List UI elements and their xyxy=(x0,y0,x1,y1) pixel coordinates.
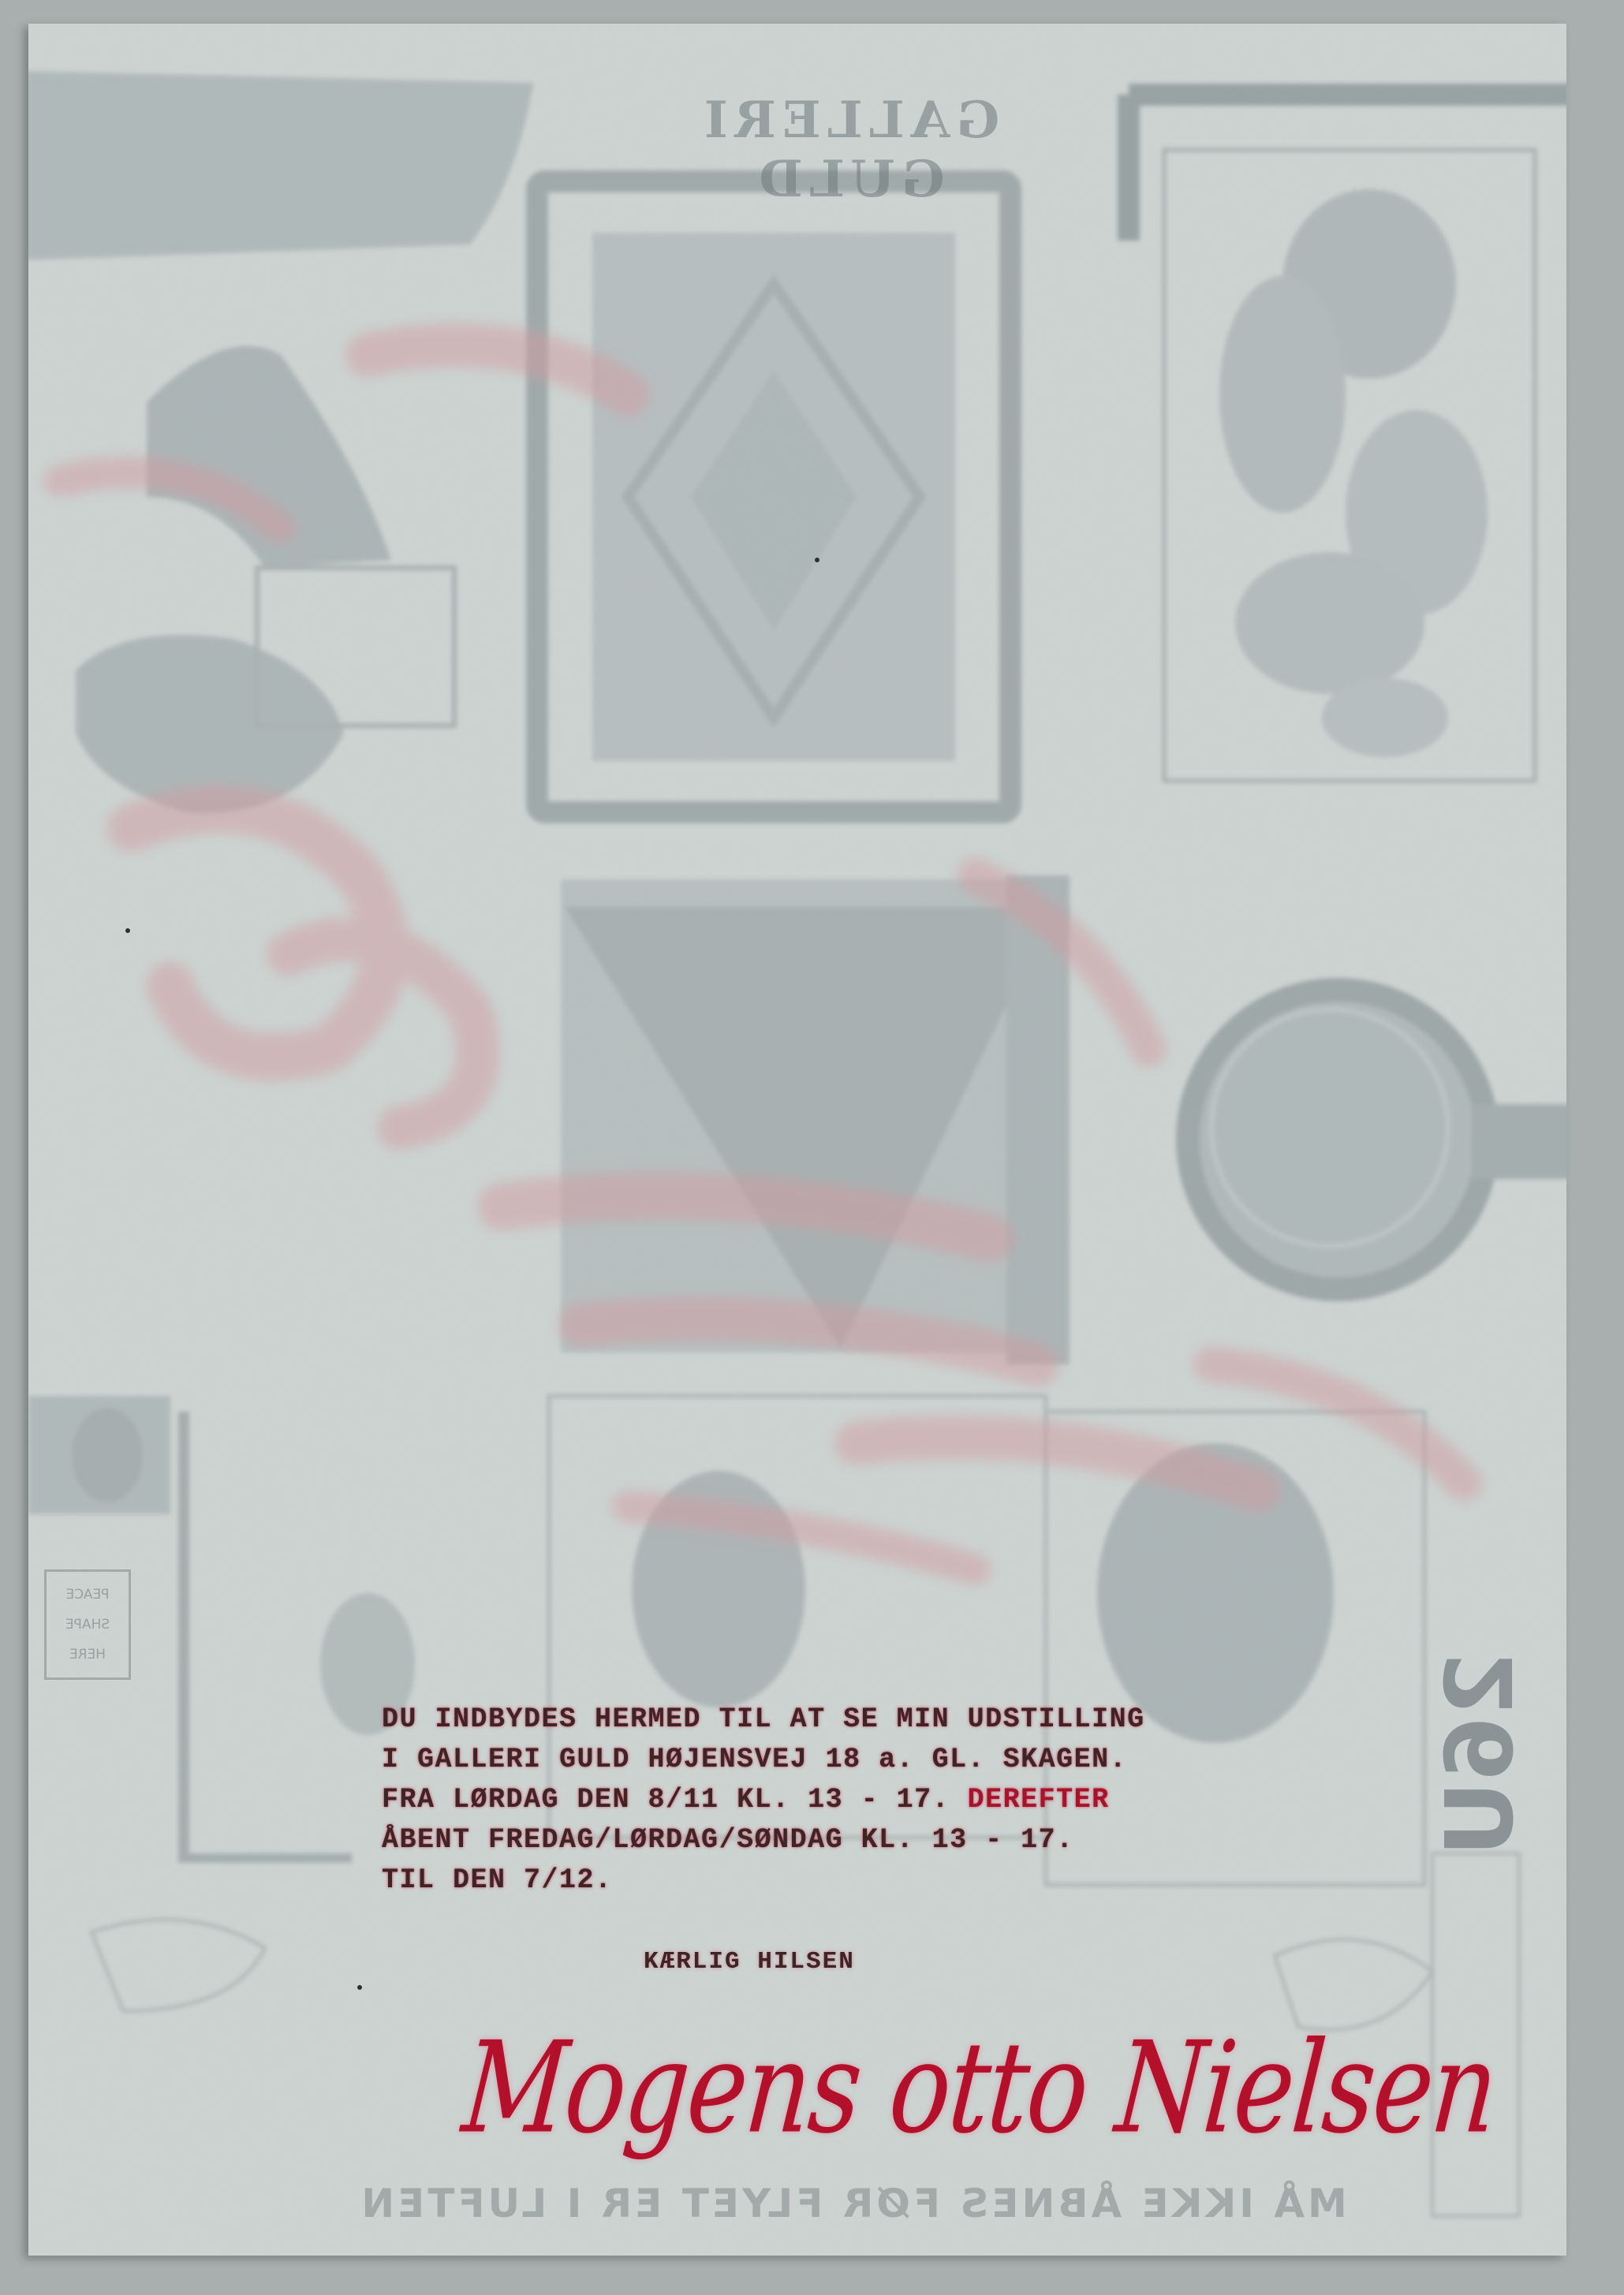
sign-line: PEACE xyxy=(47,1580,129,1610)
invitation-line: DU INDBYDES HERMED TIL AT SE MIN UDSTILL… xyxy=(382,1700,1289,1740)
invitation-text: DU INDBYDES HERMED TIL AT SE MIN UDSTILL… xyxy=(382,1700,1289,1901)
sign-line: HERE xyxy=(47,1640,129,1670)
greeting: KÆRLIG HILSEN xyxy=(644,1948,855,1976)
mirrored-sign: PEACE SHAPE HERE xyxy=(44,1569,131,1680)
photocopy-collage xyxy=(28,24,1566,2256)
flyer-sheet: GALLERI GULD PEACE SHAPE HERE 26U DU IND… xyxy=(28,24,1566,2256)
invitation-line: I GALLERI GULD HØJENSVEJ 18 a. GL. SKAGE… xyxy=(382,1740,1289,1780)
invitation-line-text: FRA LØRDAG DEN 8/11 KL. 13 - 17. xyxy=(382,1784,968,1815)
invitation-line: ÅBENT FREDAG/LØRDAG/SØNDAG KL. 13 - 17. xyxy=(382,1820,1289,1860)
invitation-line: TIL DEN 7/12. xyxy=(382,1860,1289,1901)
gallery-header-mirrored: GALLERI GULD xyxy=(596,91,1101,209)
struck-word: DEREFTER xyxy=(968,1784,1110,1815)
footer-mirrored: MÅ IKKE ÅBNES FØR FLYET ER I LUFTEN xyxy=(257,2181,1448,2226)
signature: Mogens otto Nielsen xyxy=(457,2015,1501,2162)
sign-line: SHAPE xyxy=(47,1610,129,1640)
invitation-line: FRA LØRDAG DEN 8/11 KL. 13 - 17. DEREFTE… xyxy=(382,1780,1289,1820)
tail-number-mark: 26U xyxy=(1425,1644,1534,1864)
